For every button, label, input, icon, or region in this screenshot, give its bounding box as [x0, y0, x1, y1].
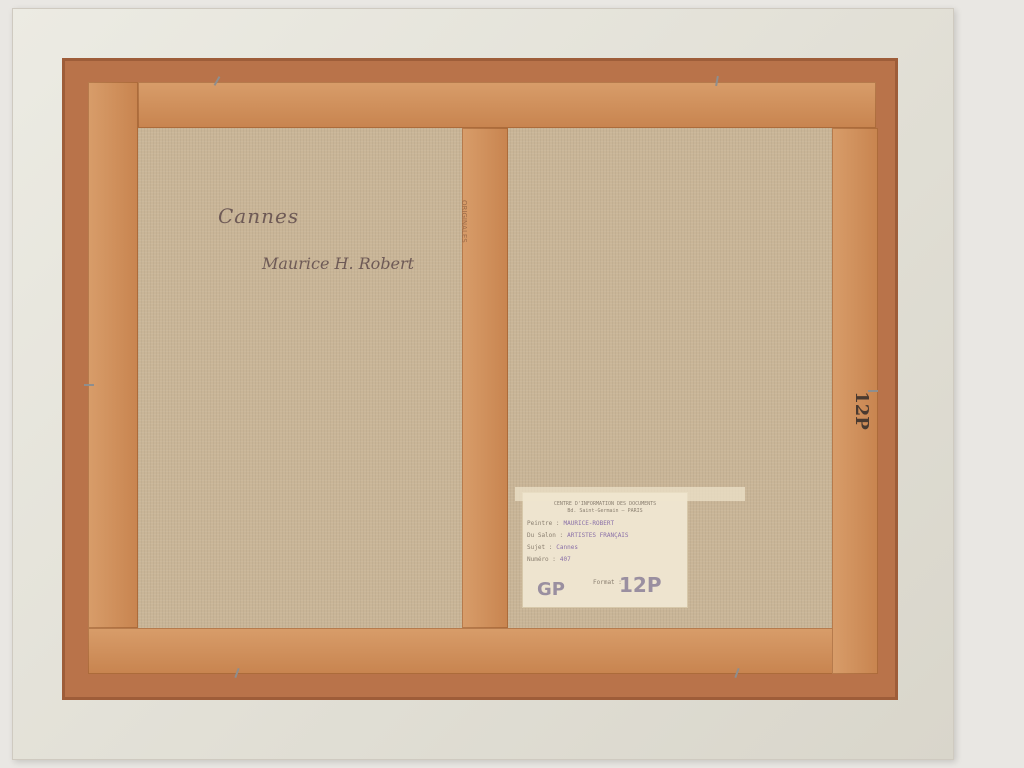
nail [868, 390, 878, 392]
inscription-signature: Maurice H. Robert [262, 254, 414, 273]
format-label: Format : [593, 579, 622, 586]
format-value: 12P [619, 573, 662, 597]
stretcher-bottom [88, 628, 834, 674]
label-row: Numéro :407 [523, 556, 687, 563]
label-row: Peintre :MAURICE-ROBERT [523, 520, 687, 527]
crossbar-stamp: ORIGINALES [460, 200, 468, 243]
exhibition-label: CENTRE D'INFORMATION DES DOCUMENTS Bd. S… [522, 492, 688, 608]
tape [515, 487, 745, 501]
label-stamp: GP [537, 579, 565, 600]
stretcher-crossbar [462, 128, 508, 628]
label-header-2: Bd. Saint-Germain — PARIS [523, 508, 687, 515]
stretcher-left [88, 82, 138, 628]
label-row: Sujet :Cannes [523, 544, 687, 551]
label-header-1: CENTRE D'INFORMATION DES DOCUMENTS [523, 501, 687, 508]
size-mark: 12P [851, 391, 872, 430]
nail [84, 384, 94, 386]
stretcher-top [138, 82, 876, 128]
inscription-location: Cannes [218, 204, 299, 228]
label-row: Du Salon :ARTISTES FRANÇAIS [523, 532, 687, 539]
